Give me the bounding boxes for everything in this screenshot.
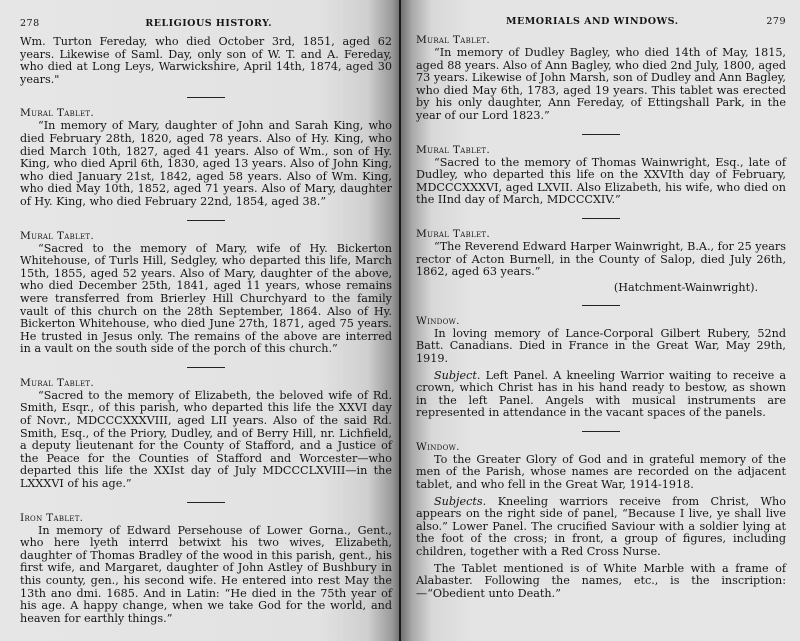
section-divider: [187, 367, 225, 368]
entry-heading: Mural Tablet.: [416, 144, 786, 157]
section-divider: [582, 431, 620, 432]
running-title: MEMORIALS AND WINDOWS.: [506, 16, 679, 27]
entry-text: “In memory of Dudley Bagley, who died 14…: [416, 47, 786, 123]
subject-paragraph: Subject. Left Panel. A kneeling Warrior …: [416, 370, 786, 420]
subject-label: Subject.: [434, 369, 480, 382]
attribution: (Hatchment-Wainwright).: [416, 281, 786, 294]
entry-text: To the Greater Glory of God and in grate…: [416, 454, 786, 492]
entry-heading: Window.: [416, 315, 786, 328]
entry-heading: Iron Tablet.: [20, 512, 392, 525]
right-page: MEMORIALS AND WINDOWS. 279 Mural Tablet.…: [400, 0, 800, 641]
page-number: 278: [20, 18, 40, 29]
right-running-head: MEMORIALS AND WINDOWS. 279: [416, 16, 786, 32]
entry-text: “Sacred to the memory of Thomas Wainwrig…: [416, 157, 786, 207]
entry-text: “The Reverend Edward Harper Wainwright, …: [416, 241, 786, 279]
section-divider: [187, 502, 225, 503]
book-gutter: [399, 0, 401, 641]
entry-text: In loving memory of Lance-Corporal Gilbe…: [416, 328, 786, 366]
closing-text: The Tablet mentioned is of White Marble …: [416, 563, 786, 601]
section-divider: [582, 218, 620, 219]
entry-text: In memory of Edward Persehouse of Lower …: [20, 525, 392, 626]
entry-heading: Window.: [416, 441, 786, 454]
entry-text: “In memory of Mary, daughter of John and…: [20, 120, 392, 208]
subject-paragraph: Subjects. Kneeling warriors receive from…: [416, 496, 786, 559]
book-spread: 278 RELIGIOUS HISTORY. Wm. Turton Fereda…: [0, 0, 800, 641]
running-title: RELIGIOUS HISTORY.: [145, 18, 272, 29]
continuation-text: Wm. Turton Fereday, who died October 3rd…: [20, 36, 392, 86]
entry-heading: Mural Tablet.: [416, 228, 786, 241]
entry-heading: Mural Tablet.: [20, 377, 392, 390]
entry-text: “Sacred to the memory of Elizabeth, the …: [20, 390, 392, 491]
page-number: 279: [766, 16, 786, 27]
section-divider: [582, 134, 620, 135]
section-divider: [187, 220, 225, 221]
subject-label: Subjects.: [434, 495, 486, 508]
left-page: 278 RELIGIOUS HISTORY. Wm. Turton Fereda…: [0, 0, 400, 641]
entry-heading: Mural Tablet.: [20, 230, 392, 243]
left-running-head: 278 RELIGIOUS HISTORY.: [20, 18, 392, 34]
section-divider: [187, 97, 225, 98]
entry-text: “Sacred to the memory of Mary, wife of H…: [20, 243, 392, 356]
section-divider: [582, 305, 620, 306]
